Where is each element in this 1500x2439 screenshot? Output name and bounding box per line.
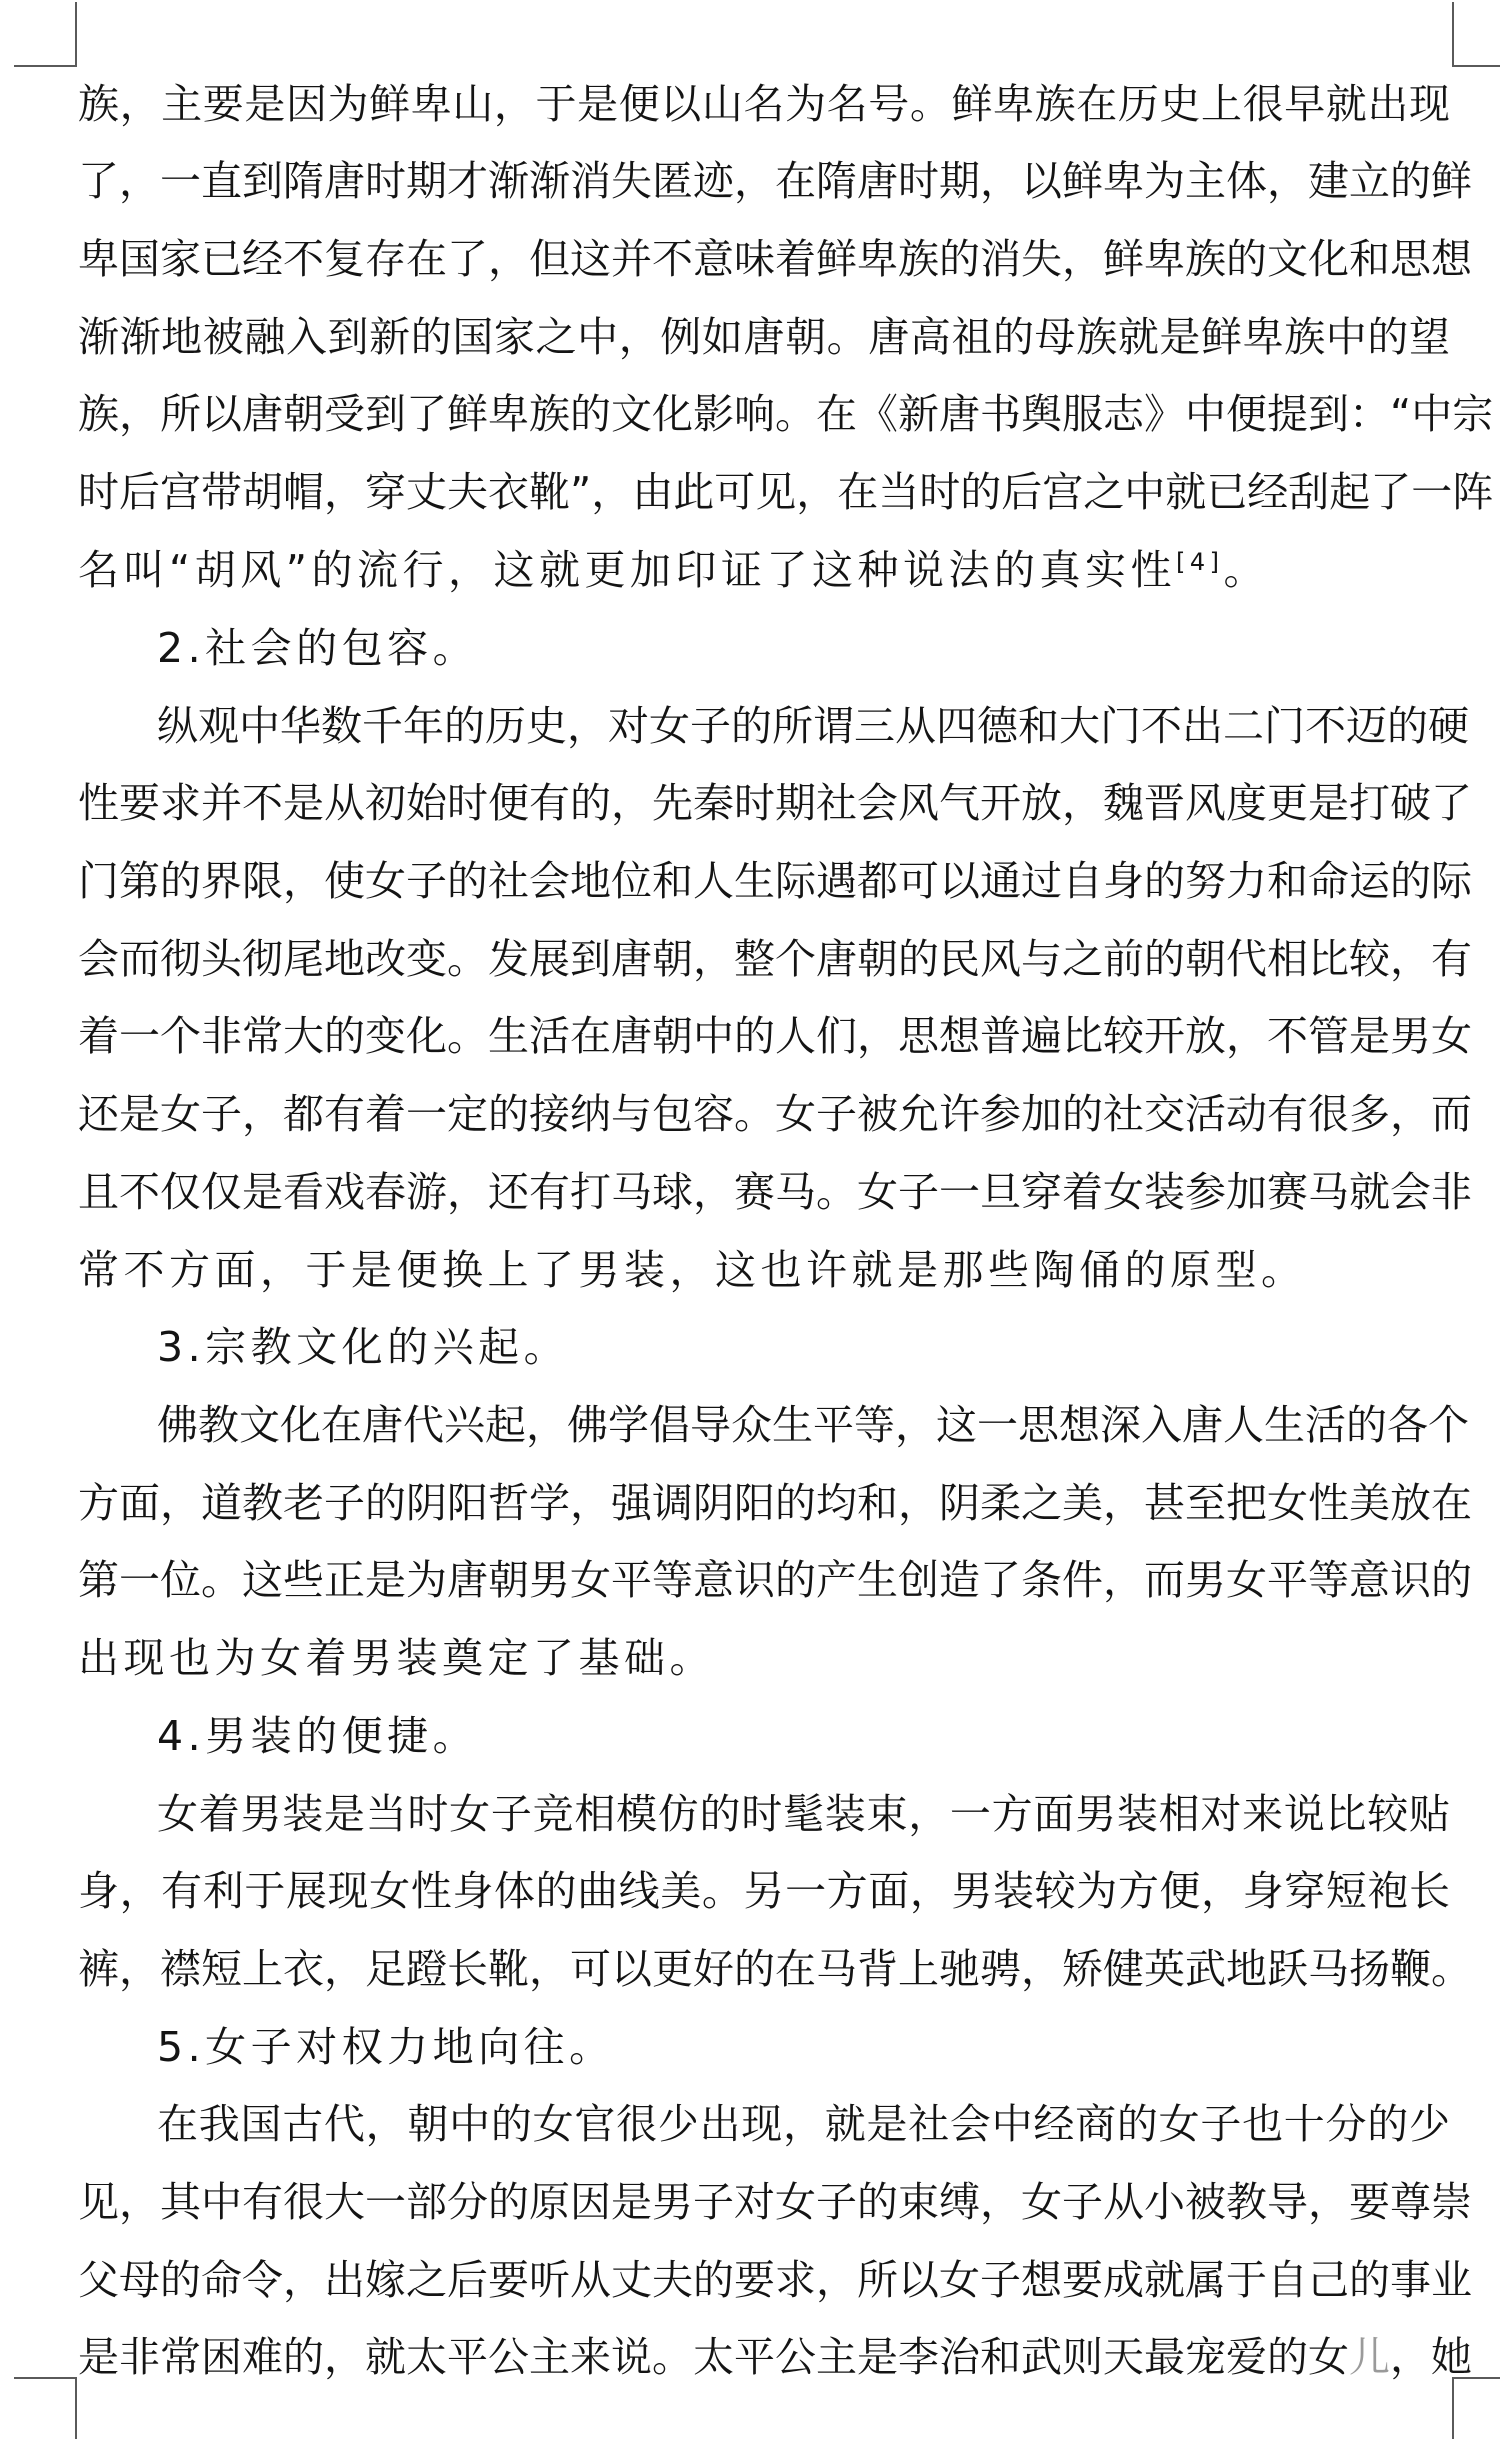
paragraph-line: 着一个非常大的变化。生活在唐朝中的人们，思想普遍比较开放，不管是男女 <box>78 1006 1450 1066</box>
paragraph-text: ，她 <box>1390 2333 1472 2381</box>
paragraph-line: 渐渐地被融入到新的国家之中，例如唐朝。唐高祖的母族就是鲜卑族中的望 <box>78 307 1450 367</box>
section-heading-3: 3.宗教文化的兴起。 <box>157 1317 1450 1377</box>
section-heading-2: 2.社会的包容。 <box>157 618 1450 678</box>
paragraph-line: 父母的命令，出嫁之后要听从丈夫的要求，所以女子想要成就属于自己的事业 <box>78 2250 1450 2310</box>
paragraph-line: 卑国家已经不复存在了，但这并不意味着鲜卑族的消失，鲜卑族的文化和思想 <box>78 229 1450 289</box>
paragraph-last-line: 名叫“胡风”的流行，这就更加印证了这种说法的真实性[4]。 <box>78 540 1450 600</box>
paragraph-line: 是非常困难的，就太平公主来说。太平公主是李治和武则天最宠爱的女儿，她 <box>78 2327 1450 2387</box>
paragraph-text: 名叫“胡风”的流行，这就更加印证了这种说法的真实性 <box>78 546 1176 594</box>
top-right-margin-mark <box>1452 2 1500 67</box>
paragraph-line: 时后宫带胡帽，穿丈夫衣靴”，由此可见，在当时的后宫之中就已经刮起了一阵 <box>78 462 1450 522</box>
paragraph-line: 纵观中华数千年的历史，对女子的所谓三从四德和大门不出二门不迈的硬 <box>157 696 1450 756</box>
paragraph-line: 女着男装是当时女子竞相模仿的时髦装束，一方面男装相对来说比较贴 <box>157 1784 1450 1844</box>
paragraph-line: 见，其中有很大一部分的原因是男子对女子的束缚，女子从小被教导，要尊崇 <box>78 2172 1450 2232</box>
citation-reference[interactable]: [4] <box>1176 548 1224 576</box>
paragraph-end-punct: 。 <box>1223 546 1269 594</box>
paragraph-line: 门第的界限，使女子的社会地位和人生际遇都可以通过自身的努力和命运的际 <box>78 851 1450 911</box>
paragraph-line: 会而彻头彻尾地改变。发展到唐朝，整个唐朝的民风与之前的朝代相比较，有 <box>78 929 1450 989</box>
section-heading-4: 4.男装的便捷。 <box>157 1706 1450 1766</box>
paragraph-line: 方面，道教老子的阴阳哲学，强调阴阳的均和，阴柔之美，甚至把女性美放在 <box>78 1473 1450 1533</box>
paragraph-line: 身，有利于展现女性身体的曲线美。另一方面，男装较为方便，身穿短袍长 <box>78 1861 1450 1921</box>
paragraph-line: 族，所以唐朝受到了鲜卑族的文化影响。在《新唐书舆服志》中便提到：“中宗 <box>78 384 1450 444</box>
paragraph-line: 性要求并不是从初始时便有的，先秦时期社会风气开放，魏晋风度更是打破了 <box>78 773 1450 833</box>
document-page: 族，主要是因为鲜卑山，于是便以山名为名号。鲜卑族在历史上很早就出现 了，一直到隋… <box>0 0 1500 2439</box>
section-heading-5: 5.女子对权力地向往。 <box>157 2017 1450 2077</box>
top-left-margin-mark <box>14 2 77 67</box>
paragraph-text-faded: 儿 <box>1349 2333 1390 2381</box>
paragraph-last-line: 出现也为女着男装奠定了基础。 <box>78 1628 1450 1688</box>
paragraph-line: 且不仅仅是看戏春游，还有打马球，赛马。女子一旦穿着女装参加赛马就会非 <box>78 1162 1450 1222</box>
paragraph-line: 了，一直到隋唐时期才渐渐消失匿迹，在隋唐时期，以鲜卑为主体，建立的鲜 <box>78 151 1450 211</box>
bottom-right-margin-mark <box>1452 2377 1500 2439</box>
paragraph-line: 在我国古代，朝中的女官很少出现，就是社会中经商的女子也十分的少 <box>157 2094 1450 2154</box>
bottom-left-margin-mark <box>14 2377 77 2439</box>
paragraph-line: 族，主要是因为鲜卑山，于是便以山名为名号。鲜卑族在历史上很早就出现 <box>78 74 1450 134</box>
paragraph-last-line: 常不方面，于是便换上了男装，这也许就是那些陶俑的原型。 <box>78 1240 1450 1300</box>
paragraph-line: 佛教文化在唐代兴起，佛学倡导众生平等，这一思想深入唐人生活的各个 <box>157 1395 1450 1455</box>
paragraph-line: 还是女子，都有着一定的接纳与包容。女子被允许参加的社交活动有很多，而 <box>78 1084 1450 1144</box>
paragraph-line: 第一位。这些正是为唐朝男女平等意识的产生创造了条件，而男女平等意识的 <box>78 1550 1450 1610</box>
paragraph-text: 是非常困难的，就太平公主来说。太平公主是李治和武则天最宠爱的女 <box>78 2333 1349 2381</box>
paragraph-line: 裤，襟短上衣，足蹬长靴，可以更好的在马背上驰骋，矫健英武地跃马扬鞭。 <box>78 1939 1450 1999</box>
